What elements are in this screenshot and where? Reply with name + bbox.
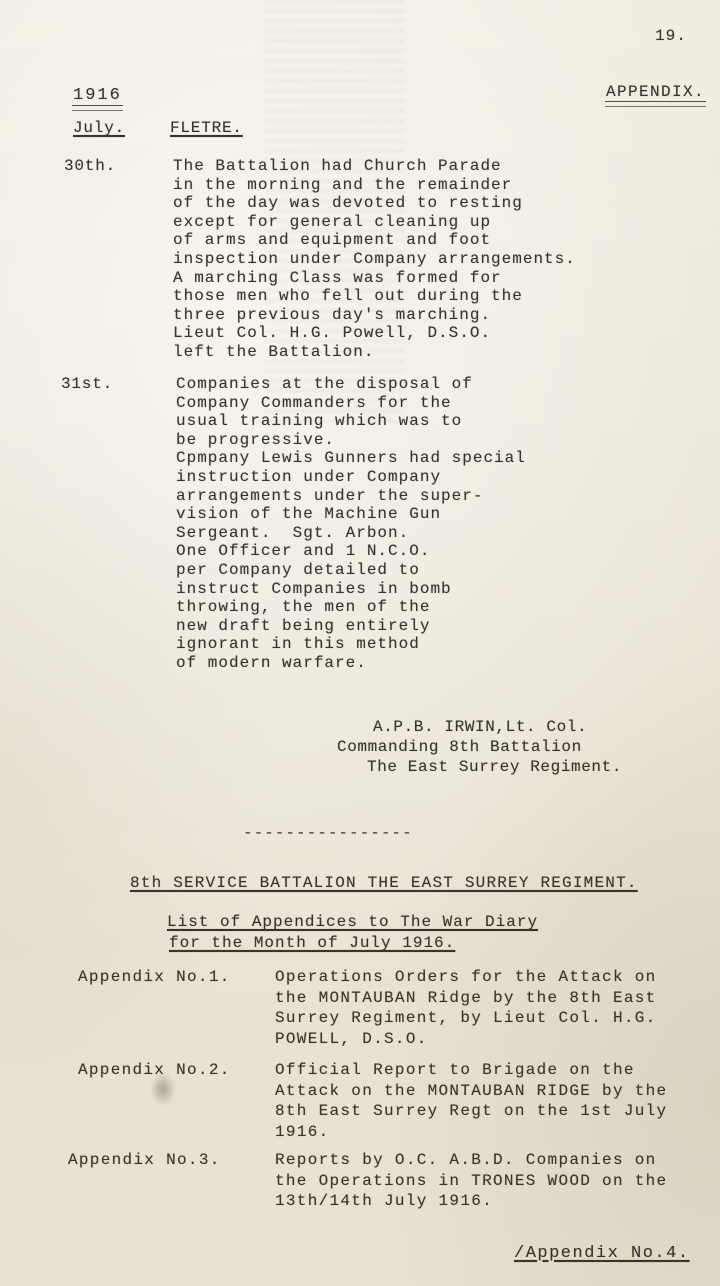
appendix-item-3-label: Appendix No.3. xyxy=(68,1151,221,1169)
document-page: 19. 1916 APPENDIX. July. FLETRE. 30th. T… xyxy=(0,0,720,1286)
signature-role: Commanding 8th Battalion xyxy=(337,737,622,757)
battalion-heading: 8th SERVICE BATTALION THE EAST SURREY RE… xyxy=(130,874,638,892)
appendix-list-subheading-line1: List of Appendices to The War Diary xyxy=(167,913,538,931)
appendix-item-3-text: Reports by O.C. A.B.D. Companies on the … xyxy=(275,1150,695,1212)
appendix-item-2-text: Official Report to Brigade on the Attack… xyxy=(275,1060,695,1142)
entry-date-31st: 31st. xyxy=(61,375,113,393)
appendix-item-2-label: Appendix No.2. xyxy=(78,1061,231,1079)
page-number: 19. xyxy=(655,27,687,45)
month-label: July. xyxy=(73,119,125,137)
year-heading: 1916 xyxy=(73,86,122,111)
appendix-item-1-text: Operations Orders for the Attack on the … xyxy=(275,967,695,1049)
dashed-separator: ---------------- xyxy=(243,824,413,842)
appendix-item-1-label: Appendix No.1. xyxy=(78,968,231,986)
place-name: FLETRE. xyxy=(170,119,243,137)
next-appendix-catchword: /Appendix No.4. xyxy=(514,1244,690,1263)
signature-name: A.P.B. IRWIN,Lt. Col. xyxy=(337,717,622,737)
signature-regiment: The East Surrey Regiment. xyxy=(337,757,622,777)
entry-date-30th: 30th. xyxy=(64,157,116,175)
appendix-list-subheading-line2: for the Month of July 1916. xyxy=(169,934,455,952)
signature-block: A.P.B. IRWIN,Lt. Col. Commanding 8th Bat… xyxy=(337,717,622,777)
entry-text-30th: The Battalion had Church Parade in the m… xyxy=(173,157,603,362)
appendix-heading: APPENDIX. xyxy=(606,83,705,107)
entry-text-31st: Companies at the disposal of Company Com… xyxy=(176,375,606,673)
